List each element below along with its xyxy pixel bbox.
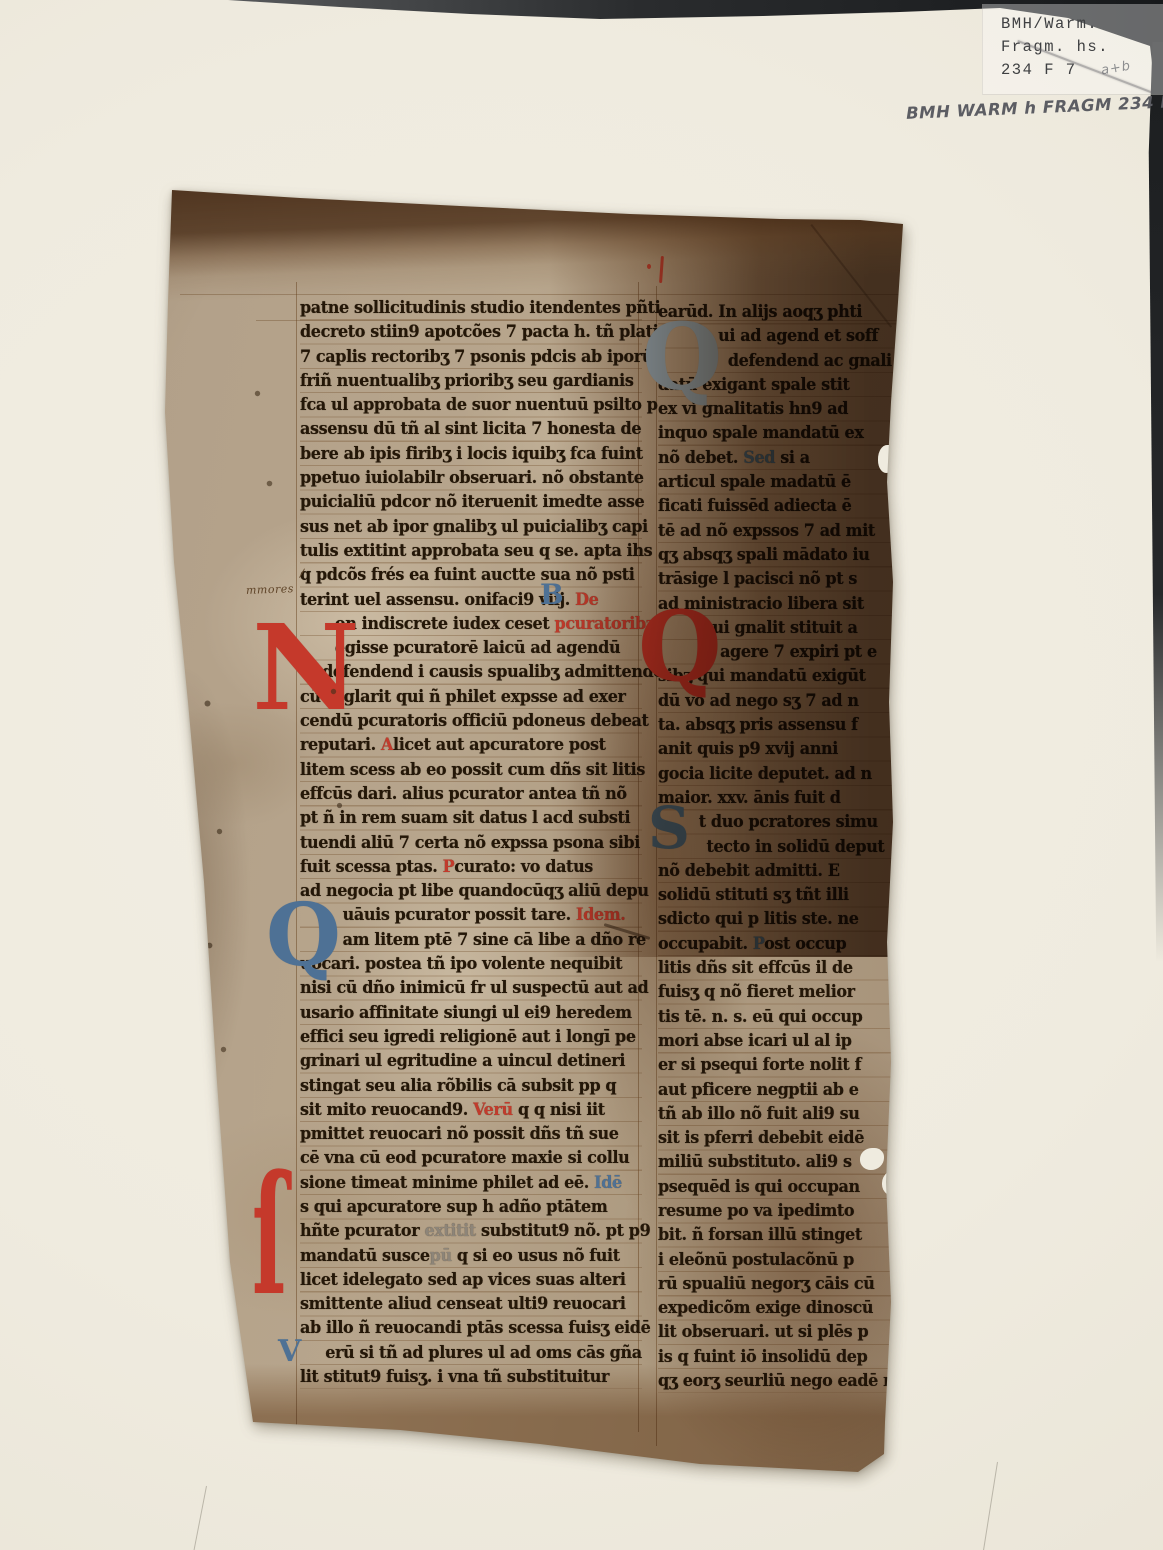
ruling-line-vertical bbox=[656, 286, 657, 1446]
rubric-text: Sed bbox=[743, 448, 775, 467]
manuscript-text-line: puicialiū pdcor nõ iteruenit imedte asse bbox=[300, 490, 632, 514]
manuscript-text-line: usario affinitate siungi ul ei9 heredem bbox=[300, 1001, 632, 1025]
manuscript-text-line: fuit scessa ptas. Pcurato: vo datus bbox=[300, 855, 632, 879]
manuscript-text-line: tñ ab illo nõ fuit ali9 su bbox=[658, 1102, 901, 1126]
rubric-text: De bbox=[575, 590, 598, 609]
manuscript-text-line: litem scess ab eo possit cum dñs sit lit… bbox=[300, 758, 632, 782]
manuscript-text-line: friñ nuentualibʒ prioribʒ seu gardianis bbox=[300, 369, 632, 393]
manuscript-text-line: tē ad nõ expssos 7 ad mit bbox=[658, 519, 901, 543]
manuscript-text-line: inquo spale mandatū ex bbox=[658, 421, 901, 445]
manuscript-text-line: ad negocia pt libe quandocūqʒ aliū depu bbox=[300, 879, 632, 903]
red-ink-stroke bbox=[659, 256, 664, 283]
manuscript-text-line: trāsige l pacisci nõ pt s bbox=[658, 567, 901, 591]
manuscript-text-line: sdicto qui p litis ste. ne bbox=[658, 907, 901, 931]
typed-line-1: BMH/Warm. bbox=[1001, 13, 1109, 36]
parchment-leaf: patne sollicitudinis studio itendentes p… bbox=[160, 182, 908, 1474]
text-column-right: earūd. In alijs aoqʒ phtiui ad agend et … bbox=[658, 300, 908, 1393]
manuscript-text-line: decreto stiin9 apotcões 7 pacta h. tñ pl… bbox=[300, 320, 632, 344]
manuscript-text-line: lit stitut9 fuisʒ. i vna tñ substituitur bbox=[300, 1365, 632, 1389]
manuscript-text-line: nõ debebit admitti. E bbox=[658, 859, 901, 883]
text-column-left: patne sollicitudinis studio itendentes p… bbox=[300, 296, 642, 1389]
body-text: defendend ac gnali bbox=[728, 351, 892, 370]
manuscript-text-line: ficati fuissēd adiecta ē bbox=[658, 494, 901, 518]
manuscript-text-line: tulis extitint approbata seu q se. apta … bbox=[300, 539, 632, 563]
table-surface-right bbox=[1148, 42, 1163, 962]
illuminated-initial-Q: Q bbox=[642, 322, 722, 394]
body-text: t duo pcratores simu bbox=[699, 812, 878, 831]
manuscript-text-line: rū spualiū negorʒ cāis cū bbox=[658, 1272, 901, 1296]
red-ink-dot bbox=[647, 264, 651, 269]
body-text: am litem ptē 7 sine cā libe a dño re bbox=[343, 930, 646, 949]
body-text: ui ad agend et soff bbox=[718, 326, 878, 345]
body-text: reputari. bbox=[300, 735, 381, 754]
mat-sheet-edge bbox=[193, 1486, 207, 1550]
manuscript-fragment: patne sollicitudinis studio itendentes p… bbox=[160, 182, 908, 1474]
rubric-text: Idem. bbox=[576, 905, 625, 924]
illuminated-initial-Q: Q bbox=[638, 610, 722, 685]
manuscript-text-line: aut pficere negptii ab e bbox=[658, 1078, 901, 1102]
body-text: egisse pcuratorē laicū ad agendū bbox=[335, 638, 620, 657]
manuscript-text-line: pt ñ in rem suam sit datus l acd substi bbox=[300, 806, 632, 830]
manuscript-text-line: qʒ absqʒ spali mādato iu bbox=[658, 543, 901, 567]
body-text: substitut9 nõ. pt p9 bbox=[476, 1221, 651, 1240]
manuscript-text-line: expedicõm exige dinoscū bbox=[658, 1296, 901, 1320]
manuscript-text-line: solidū stituti sʒ tñt illi bbox=[658, 883, 901, 907]
manuscript-text-line: tuendi aliū 7 certa nõ expssa psona sibi bbox=[300, 831, 632, 855]
body-text: licet aut apcuratore post bbox=[393, 735, 606, 754]
body-text: on indiscrete iudex ceset bbox=[335, 614, 555, 633]
manuscript-text-line: tecto in solidū deput bbox=[658, 835, 901, 859]
body-text: tecto in solidū deput bbox=[707, 837, 885, 856]
manuscript-text-line: sit mito reuocand9. Verū q q nisi iit bbox=[300, 1098, 632, 1122]
illuminated-initial-ſ: ſ bbox=[252, 1172, 287, 1300]
manuscript-text-line: bit. ñ forsan illū stinget bbox=[658, 1223, 901, 1247]
manuscript-text-line: grinari ul egritudine a uincul detineri bbox=[300, 1049, 632, 1073]
marginal-annotation: mmores bbox=[246, 582, 294, 597]
handwritten-shelfmark: BMH WARM h FRAGM 234 F7a,b bbox=[906, 92, 1163, 123]
manuscript-text-line: pmittet reuocari nõ possit dñs tñ sue bbox=[300, 1122, 632, 1146]
body-text: sione timeat minime philet ad eē. bbox=[300, 1173, 594, 1192]
rubric-text: P bbox=[753, 934, 764, 953]
ruling-line-vertical bbox=[296, 282, 297, 1432]
manuscript-text-line: assensu dū tñ al sint licita 7 honesta d… bbox=[300, 417, 632, 441]
illuminated-initial-S: S bbox=[648, 806, 690, 851]
pricking-holes bbox=[160, 182, 163, 185]
manuscript-text-line: gocia licite deputet. ad n bbox=[658, 762, 901, 786]
body-text: fuit scessa ptas. bbox=[300, 857, 443, 876]
rubric-text: Idē bbox=[594, 1173, 622, 1192]
illuminated-initial-Q: Q bbox=[266, 902, 341, 969]
body-text: erū si tñ ad plures ul ad oms cās gña bbox=[325, 1343, 641, 1362]
manuscript-text-line: ppetuo iuiolabilr obseruari. nõ obstante bbox=[300, 466, 632, 490]
body-text: si a bbox=[775, 448, 810, 467]
manuscript-text-line: maior. xxv. ānis fuit d bbox=[658, 786, 901, 810]
manuscript-text-line: ab illo ñ reuocandi ptās scessa fuisʒ ei… bbox=[300, 1316, 632, 1340]
manuscript-text-line: litis dñs sit effcūs il de bbox=[658, 956, 901, 980]
manuscript-text-line: cē vna cū eod pcuratore maxie si collu bbox=[300, 1146, 632, 1170]
manuscript-text-line: i eleõnū postulacõnū p bbox=[658, 1248, 901, 1272]
body-text: nõ debet. bbox=[658, 448, 743, 467]
manuscript-text-line: occupabit. Post occup bbox=[658, 932, 901, 956]
manuscript-text-line: patne sollicitudinis studio itendentes p… bbox=[300, 296, 632, 320]
illuminated-initial-B: B bbox=[540, 584, 564, 606]
rubric-text: P bbox=[443, 857, 455, 876]
illuminated-initial-N: N bbox=[252, 622, 360, 714]
manuscript-text-line: effcūs dari. alius pcurator antea tñ nõ bbox=[300, 782, 632, 806]
manuscript-text-line: effici seu igredi religionē aut i longī … bbox=[300, 1025, 632, 1049]
manuscript-text-line: hñte pcurator extitit substitut9 nõ. pt … bbox=[300, 1219, 632, 1243]
manuscript-text-line: stingat seu alia rõbilis cā subsit pp q bbox=[300, 1074, 632, 1098]
rubric-text: Verū bbox=[473, 1100, 513, 1119]
typed-shelfmark: BMH/Warm. Fragm. hs. 234 F 7 bbox=[1001, 13, 1109, 82]
manuscript-text-line: erū si tñ ad plures ul ad oms cās gña bbox=[300, 1341, 632, 1365]
manuscript-text-line: mandatū suscepū q si eo usus nõ fuit bbox=[300, 1244, 632, 1268]
manuscript-text-line: resume po va ipedimto bbox=[658, 1199, 901, 1223]
manuscript-text-line: am litem ptē 7 sine cā libe a dño re bbox=[300, 928, 632, 952]
body-text: curato: vo datus bbox=[454, 857, 593, 876]
rubric-text: pū bbox=[430, 1246, 452, 1265]
illuminated-initial-V: V bbox=[278, 1340, 301, 1363]
body-text: ui gnalit stituit a bbox=[712, 618, 857, 637]
manuscript-text-line: sione timeat minime philet ad eē. Idē bbox=[300, 1171, 632, 1195]
archive-photo: BMH/Warm. Fragm. hs. 234 F 7 a+b BMH WAR… bbox=[0, 0, 1163, 1550]
body-text: q q nisi iit bbox=[513, 1100, 605, 1119]
manuscript-text-line: anit quis p9 xvij anni bbox=[658, 737, 901, 761]
manuscript-text-line: nisi cū dño inimicū fr ul suspectū aut a… bbox=[300, 976, 632, 1000]
body-text: agere 7 expiri pt e bbox=[720, 642, 877, 661]
body-text: ost occup bbox=[764, 934, 846, 953]
body-text: q si eo usus nõ fuit bbox=[452, 1246, 620, 1265]
body-text: uāuis pcurator possit tare. bbox=[343, 905, 576, 924]
manuscript-text-line: fuisʒ q nõ fieret melior bbox=[658, 980, 901, 1004]
manuscript-text-line: nõ debet. Sed si a bbox=[658, 446, 901, 470]
body-text: mandatū susce bbox=[300, 1246, 430, 1265]
manuscript-text-line: sus net ab ipor gnalibʒ ul puicialibʒ ca… bbox=[300, 515, 632, 539]
body-text: hñte pcurator bbox=[300, 1221, 424, 1240]
manuscript-text-line: tis tē. n. s. eū qui occup bbox=[658, 1005, 901, 1029]
manuscript-text-line: er si psequi forte nolit f bbox=[658, 1053, 901, 1077]
manuscript-text-line: bere ab ipis firibʒ i locis iquibʒ fca f… bbox=[300, 442, 632, 466]
parchment-hole bbox=[878, 445, 896, 473]
rubric-text: A bbox=[381, 735, 393, 754]
parchment-hole bbox=[882, 1168, 918, 1198]
manuscript-text-line: s qui apcuratore sup h adño ptātem bbox=[300, 1195, 632, 1219]
rubric-text: extitit bbox=[424, 1221, 475, 1240]
manuscript-text-line: q pdcõs frés ea fuint auctte sua nõ psti bbox=[300, 563, 632, 587]
manuscript-text-line: smittente aliud censeat ulti9 reuocari bbox=[300, 1292, 632, 1316]
manuscript-text-line: ta. absqʒ pris assensu f bbox=[658, 713, 901, 737]
manuscript-text-line: is q fuint iō insolidū dep bbox=[658, 1345, 901, 1369]
manuscript-text-line: licet idelegato sed ap vices suas alteri bbox=[300, 1268, 632, 1292]
manuscript-text-line: uāuis pcurator possit tare. Idem. bbox=[300, 903, 632, 927]
manuscript-text-line: psequēd is qui occupan bbox=[658, 1175, 901, 1199]
ruling-line bbox=[180, 294, 904, 295]
manuscript-text-line: lit obseruari. ut si plēs p bbox=[658, 1320, 901, 1344]
manuscript-text-line: uocari. postea tñ ipo volente nequibit bbox=[300, 952, 632, 976]
manuscript-text-line: qʒ eorʒ seurliū nego eadē n bbox=[658, 1369, 901, 1393]
manuscript-text-line: mori abse icari ul al ip bbox=[658, 1029, 901, 1053]
manuscript-text-line: sit is pferri debebit eidē bbox=[658, 1126, 901, 1150]
mat-sheet-edge bbox=[983, 1462, 998, 1550]
manuscript-text-line: articul spale madatū ē bbox=[658, 470, 901, 494]
body-text: sit mito reuocand9. bbox=[300, 1100, 473, 1119]
manuscript-text-line: fca ul approbata de suor nuentuū psilto … bbox=[300, 393, 632, 417]
manuscript-text-line: t duo pcratores simu bbox=[658, 810, 901, 834]
manuscript-text-line: 7 caplis rectoribʒ 7 psonis pdcis ab ipo… bbox=[300, 345, 632, 369]
body-text: occupabit. bbox=[658, 934, 753, 953]
typed-shelfmark-card: BMH/Warm. Fragm. hs. 234 F 7 a+b bbox=[982, 4, 1163, 95]
